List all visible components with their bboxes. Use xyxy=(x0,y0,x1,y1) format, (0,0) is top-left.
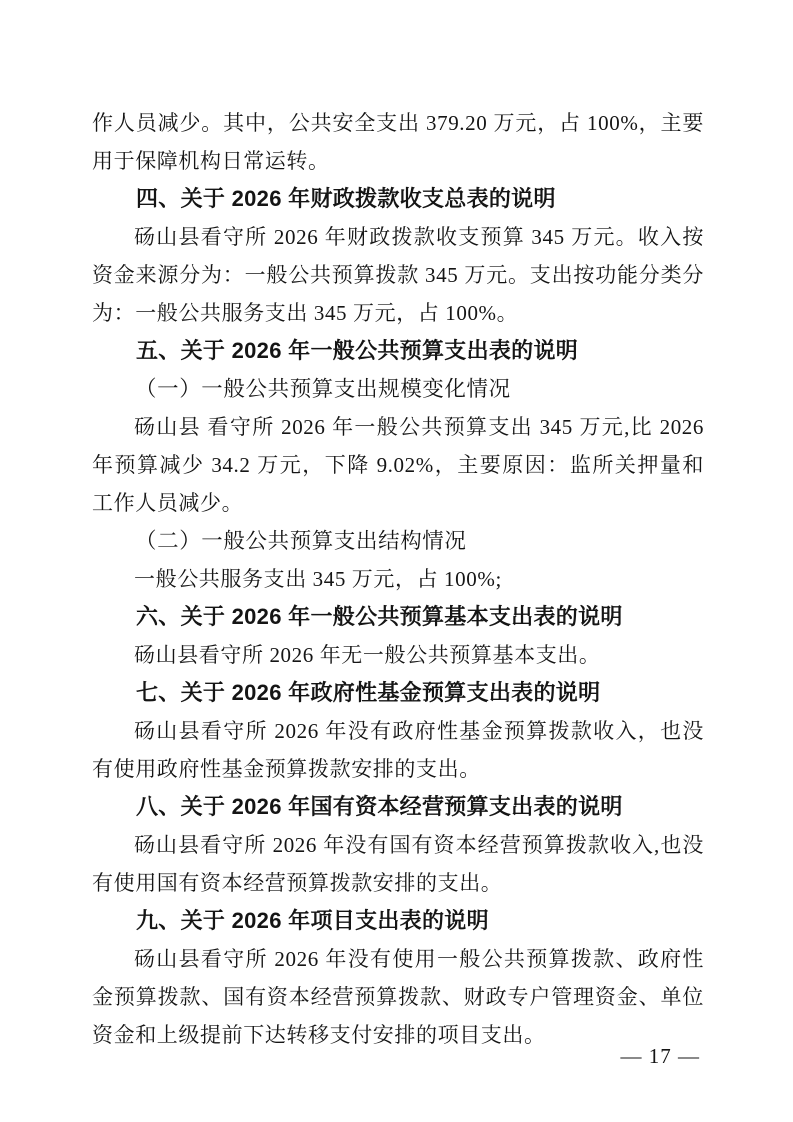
heading-section-7: 七、关于 2026 年政府性基金预算支出表的说明 xyxy=(92,674,704,712)
heading-section-4: 四、关于 2026 年财政拨款收支总表的说明 xyxy=(92,180,704,218)
para-section-8: 砀山县看守所 2026 年没有国有资本经营预算拨款收入,也没有使用国有资本经营预… xyxy=(92,826,704,902)
para-section-5-1: 砀山县 看守所 2026 年一般公共预算支出 345 万元,比 2026年预算减… xyxy=(92,408,704,522)
para-section-5-2: 一般公共服务支出 345 万元，占 100%; xyxy=(92,560,704,598)
section-heading: 八、关于 2026 年国有资本经营预算支出表的说明 xyxy=(92,788,704,826)
heading-section-6: 六、关于 2026 年一般公共预算基本支出表的说明 xyxy=(92,598,704,636)
heading-section-8: 八、关于 2026 年国有资本经营预算支出表的说明 xyxy=(92,788,704,826)
text-line: 一般公共服务支出 345 万元，占 100%; xyxy=(92,560,704,598)
text-line: 砀山县看守所 2026 年没有政府性基金预算拨款收入，也没 xyxy=(92,712,704,750)
text-line: 资金来源分为：一般公共预算拨款 345 万元。支出按功能分类分 xyxy=(92,256,704,294)
para-carryover: 作人员减少。其中，公共安全支出 379.20 万元，占 100%，主要用于保障机… xyxy=(92,104,704,180)
subsection-heading: （二）一般公共预算支出结构情况 xyxy=(92,522,704,560)
section-heading: 五、关于 2026 年一般公共预算支出表的说明 xyxy=(92,332,704,370)
text-line: 砀山县 看守所 2026 年一般公共预算支出 345 万元,比 2026 xyxy=(92,408,704,446)
para-section-9: 砀山县看守所 2026 年没有使用一般公共预算拨款、政府性基金预算拨款、国有资本… xyxy=(92,940,704,1054)
document-content: 作人员减少。其中，公共安全支出 379.20 万元，占 100%，主要用于保障机… xyxy=(92,104,704,1054)
para-section-4: 砀山县看守所 2026 年财政拨款收支预算 345 万元。收入按资金来源分为：一… xyxy=(92,218,704,332)
section-heading: 四、关于 2026 年财政拨款收支总表的说明 xyxy=(92,180,704,218)
subsection-heading: （一）一般公共预算支出规模变化情况 xyxy=(92,370,704,408)
para-section-6: 砀山县看守所 2026 年无一般公共预算基本支出。 xyxy=(92,636,704,674)
text-line: 为：一般公共服务支出 345 万元，占 100%。 xyxy=(92,294,704,332)
text-line: 金预算拨款、国有资本经营预算拨款、财政专户管理资金、单位 xyxy=(92,978,704,1016)
para-section-7: 砀山县看守所 2026 年没有政府性基金预算拨款收入，也没有使用政府性基金预算拨… xyxy=(92,712,704,788)
subheading-5-2: （二）一般公共预算支出结构情况 xyxy=(92,522,704,560)
page-number: — 17 — xyxy=(621,1042,701,1070)
text-line: 砀山县看守所 2026 年财政拨款收支预算 345 万元。收入按 xyxy=(92,218,704,256)
document-page: 作人员减少。其中，公共安全支出 379.20 万元，占 100%，主要用于保障机… xyxy=(0,0,793,1122)
text-line: 有使用国有资本经营预算拨款安排的支出。 xyxy=(92,864,704,902)
text-line: 作人员减少。其中，公共安全支出 379.20 万元，占 100%，主要 xyxy=(92,104,704,142)
heading-section-5: 五、关于 2026 年一般公共预算支出表的说明 xyxy=(92,332,704,370)
text-line: 资金和上级提前下达转移支付安排的项目支出。 xyxy=(92,1016,704,1054)
text-line: 砀山县看守所 2026 年没有使用一般公共预算拨款、政府性基 xyxy=(92,940,704,978)
section-heading: 九、关于 2026 年项目支出表的说明 xyxy=(92,902,704,940)
heading-section-9: 九、关于 2026 年项目支出表的说明 xyxy=(92,902,704,940)
text-line: 砀山县看守所 2026 年没有国有资本经营预算拨款收入,也没 xyxy=(92,826,704,864)
text-line: 砀山县看守所 2026 年无一般公共预算基本支出。 xyxy=(92,636,704,674)
text-line: 有使用政府性基金预算拨款安排的支出。 xyxy=(92,750,704,788)
section-heading: 七、关于 2026 年政府性基金预算支出表的说明 xyxy=(92,674,704,712)
subheading-5-1: （一）一般公共预算支出规模变化情况 xyxy=(92,370,704,408)
text-line: 工作人员减少。 xyxy=(92,484,704,522)
section-heading: 六、关于 2026 年一般公共预算基本支出表的说明 xyxy=(92,598,704,636)
text-line: 用于保障机构日常运转。 xyxy=(92,142,704,180)
text-line: 年预算减少 34.2 万元，下降 9.02%，主要原因：监所关押量和 xyxy=(92,446,704,484)
